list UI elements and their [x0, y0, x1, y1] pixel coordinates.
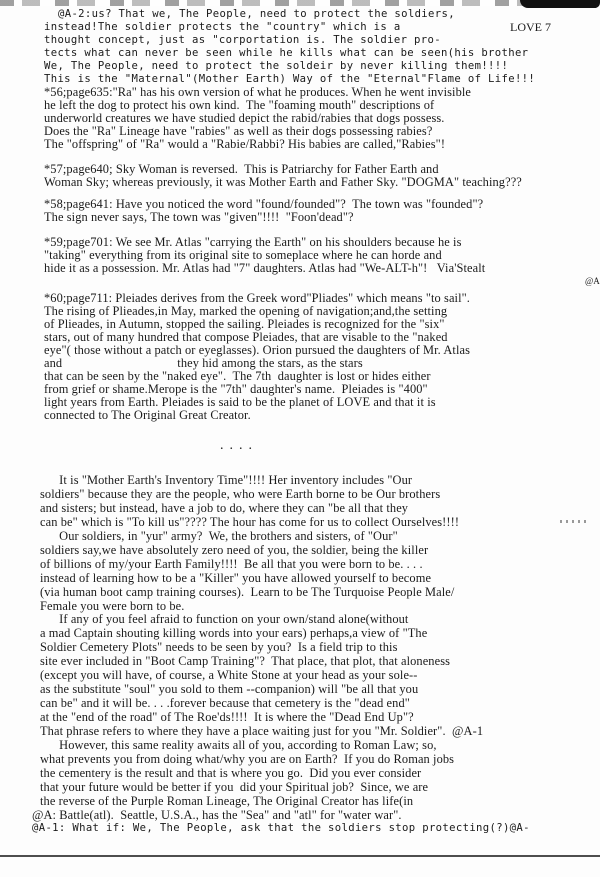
however-line-6: @A: Battle(atl). Seattle, U.S.A., has th… — [32, 809, 402, 822]
note56-line-5: The "offspring" of "Ra" would a "Rabie/R… — [44, 138, 445, 151]
afraid-line-8: at the "end of the road" of The Roe'ds!!… — [40, 711, 414, 724]
inventory-line-6: soldiers say,we have absolutely zero nee… — [40, 544, 428, 557]
inventory-line-1: It is "Mother Earth's Inventory Time"!!!… — [40, 474, 412, 487]
a1-line: @A-1: What if: We, The People, ask that … — [32, 822, 530, 835]
however-line-5: the reverse of the Purple Roman Lineage,… — [40, 795, 413, 808]
scan-bottom-edge — [0, 855, 600, 857]
scan-edge-noise — [0, 0, 600, 6]
afraid-line-7: can be" and it will be. . . .forever bec… — [40, 697, 410, 710]
afraid-line-3: Soldier Cemetery Plots" needs to be seen… — [40, 641, 398, 654]
however-line-4: that your future would be better if you … — [40, 781, 428, 794]
inventory-line-2: soldiers" because they are the people, w… — [40, 488, 440, 501]
afraid-line-9: That phrase refers to where they have a … — [40, 725, 483, 738]
inventory-line-9: (via human boot camp training courses). … — [40, 586, 454, 599]
a2-line-3: thought concept, just as "corportation i… — [44, 34, 441, 47]
inventory-line-3: and sisters; but instead, have a job to … — [40, 502, 408, 515]
section-separator: .... — [220, 438, 258, 454]
a2-line-5: We, The People, need to protect the sold… — [44, 60, 508, 73]
margin-note-love: LOVE 7 — [510, 20, 551, 35]
afraid-line-1: If any of you feel afraid to function on… — [40, 613, 408, 626]
a2-line-4: tects what can never be seen while he ki… — [44, 47, 528, 60]
inventory-line-5: Our soldiers, in "yur" army? We, the bro… — [40, 530, 398, 543]
note58-line-2: The sign never says, The town was "given… — [44, 211, 354, 224]
a2-line-1: @A-2:us? That we, The People, need to pr… — [58, 8, 455, 21]
afraid-line-2: a mad Captain shouting killing words int… — [40, 627, 427, 640]
afraid-line-5: (except you will have, of course, a Whit… — [40, 669, 418, 682]
scanned-page: @A-2:us? That we, The People, need to pr… — [0, 0, 600, 877]
note60-line-10: connected to The Original Great Creator. — [44, 409, 251, 422]
afraid-line-6: as the substitute "soul" you sold to the… — [40, 683, 418, 696]
a2-line-2: instead!The soldier protects the "countr… — [44, 21, 401, 34]
scan-ink-blot — [520, 0, 600, 8]
scan-specks — [560, 520, 590, 523]
inventory-line-7: of billions of my/your Earth Family!!!! … — [40, 558, 423, 571]
however-line-2: what prevents you from doing what/why yo… — [40, 753, 454, 766]
margin-note-a: @A — [585, 276, 600, 286]
afraid-line-4: site ever included in "Boot Camp Trainin… — [40, 655, 450, 668]
note59-line-3: hide it as a possession. Mr. Atlas had "… — [44, 262, 485, 275]
however-line-3: the cementery is the result and that is … — [40, 767, 421, 780]
however-line-1: However, this same reality awaits all of… — [40, 739, 437, 752]
inventory-line-4: can be" which is "To kill us"???? The ho… — [40, 516, 459, 529]
inventory-line-8: instead of learning how to be a "Killer"… — [40, 572, 431, 585]
note57-line-2: Woman Sky; whereas previously, it was Mo… — [44, 176, 522, 189]
